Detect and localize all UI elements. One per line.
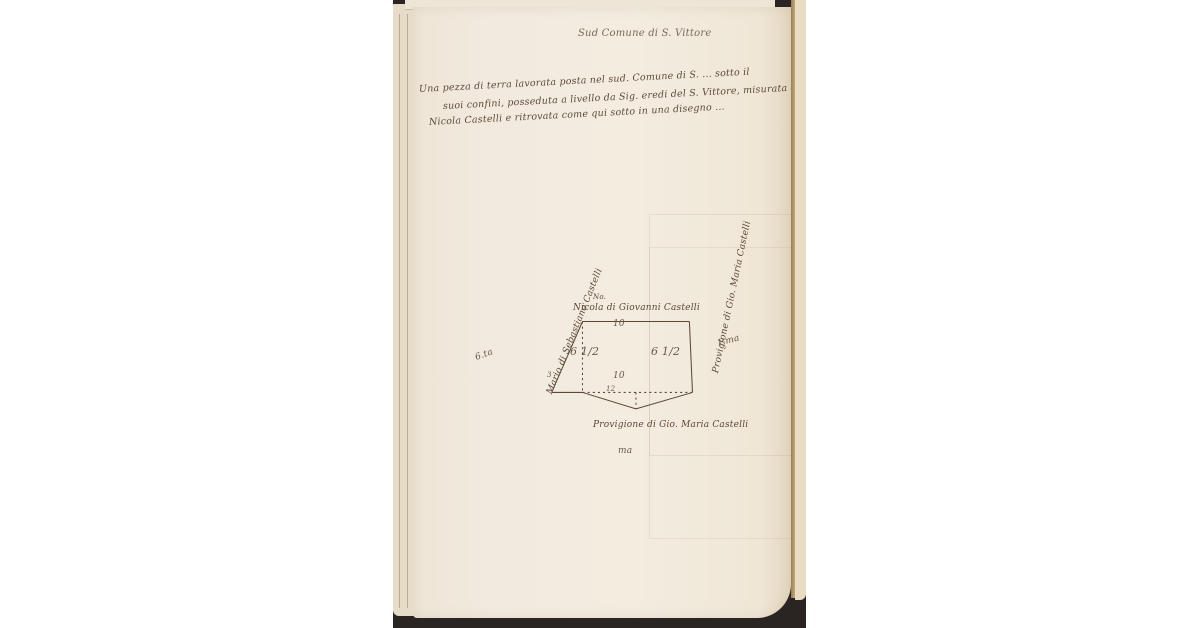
plot-south-owner: Provigione di Gio. Maria Castelli [593,420,748,430]
manuscript-scan: Sud Comune di S. Vittore Una pezza di te… [393,0,806,628]
canvas: Sud Comune di S. Vittore Una pezza di te… [0,0,1200,628]
facing-page-edge [795,0,806,600]
measure-triangle-height: 12 [606,385,615,393]
measure-top-edge: 10 [613,319,625,329]
measure-left-triangle: 3 [547,371,552,379]
measure-base-line: 10 [613,371,625,381]
plot-compass-west: 6.ta [474,347,495,363]
plot-south-mark: ma [618,446,632,456]
measure-left-height: 6 1/2 [570,345,599,358]
plot-north-owner: Nicola di Giovanni Castelli [573,303,700,313]
faint-show-through-rect-lower [649,247,801,539]
manuscript-page: Sud Comune di S. Vittore Una pezza di te… [413,7,791,618]
plot-west-owner: Mario di Sebastiano Castelli [545,267,605,396]
measure-right-height: 6 1/2 [651,345,680,358]
page-heading: Sud Comune di S. Vittore [578,28,711,39]
